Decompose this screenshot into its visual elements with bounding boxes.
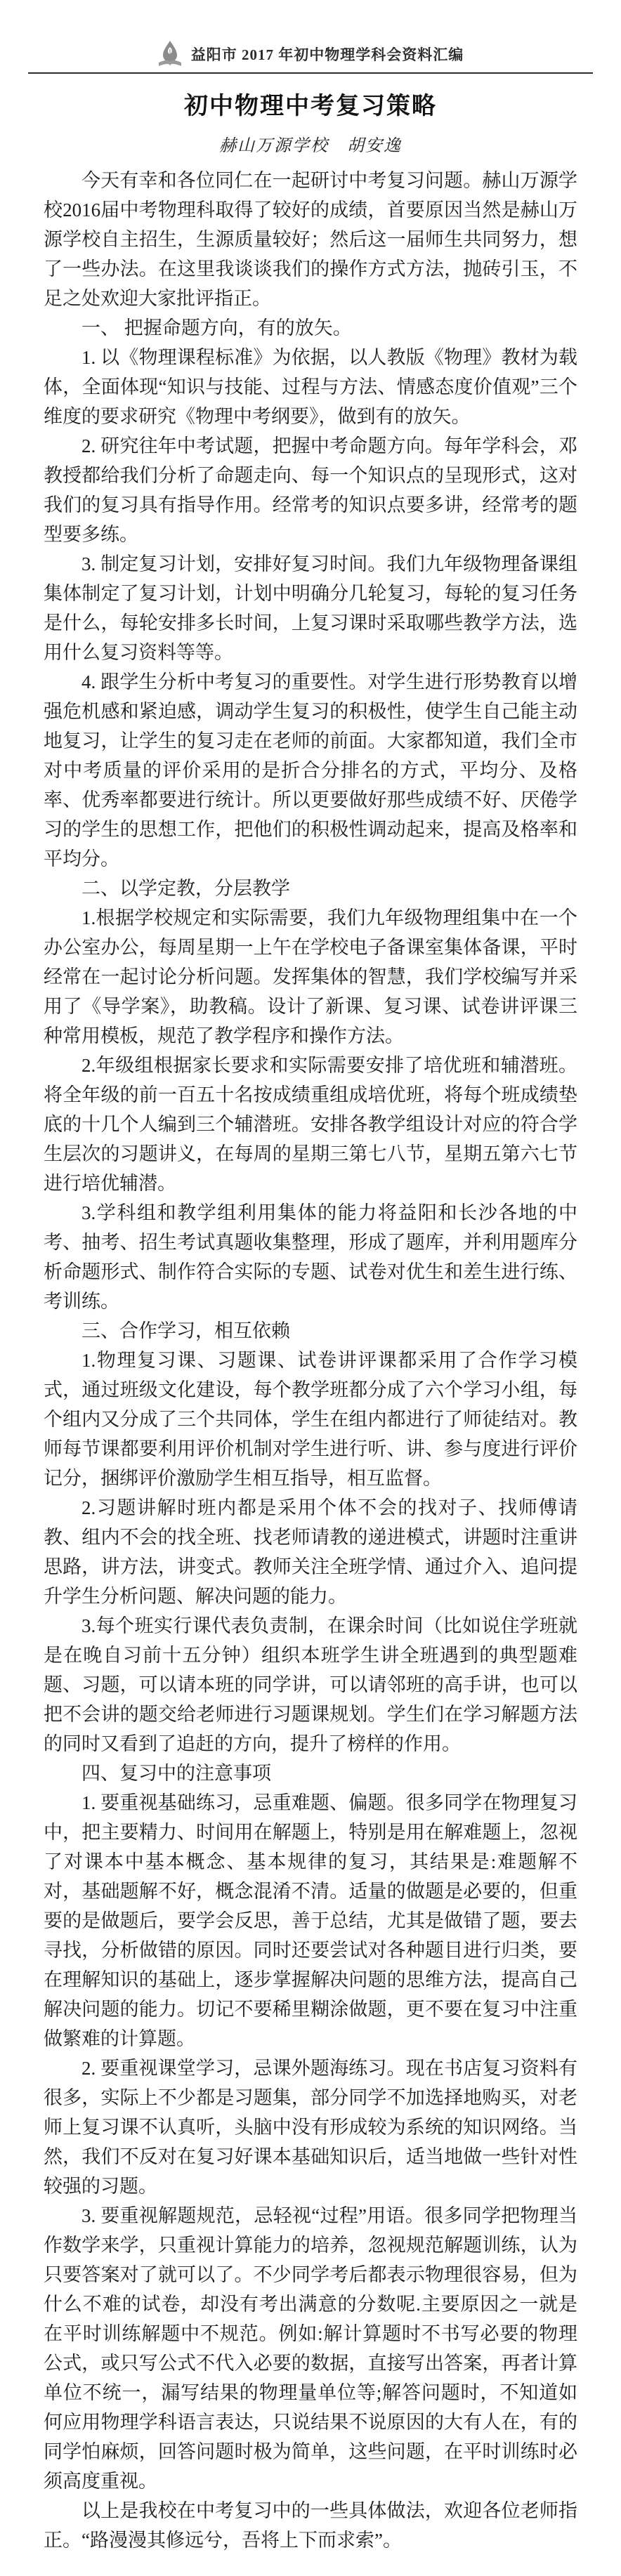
- paragraph: 1.根据学校规定和实际需要，我们九年级物理组集中在一个办公室办公，每周星期一上午…: [44, 903, 577, 1051]
- header-row: 益阳市 2017 年初中物理学科会资料汇编: [0, 39, 621, 69]
- header-divider: [28, 72, 593, 74]
- paragraph: 今天有幸和各位同仁在一起研讨中考复习问题。赫山万源学校2016届中考物理科取得了…: [44, 166, 577, 313]
- paragraph: 2. 研究往年中考试题，把握中考命题方向。每年学科会，邓教授都给我们分析了命题走…: [44, 431, 577, 549]
- document-title: 初中物理中考复习策略: [0, 91, 621, 123]
- paragraph: 二、以学定教，分层教学: [44, 874, 577, 903]
- paragraph: 4. 跟学生分析中考复习的重要性。对学生进行形势教育以增强危机感和紧迫感，调动学…: [44, 667, 577, 874]
- paragraph: 3. 要重视解题规范，忌轻视“过程”用语。很多同学把物理当作数学来学，只重视计算…: [44, 2201, 577, 2496]
- paragraph: 三、合作学习，相互依赖: [44, 1316, 577, 1346]
- page-header: 益阳市 2017 年初中物理学科会资料汇编: [0, 0, 621, 74]
- paragraph: 1.物理复习课、习题课、试卷讲评课都采用了合作学习模式，通过班级文化建设，每个教…: [44, 1346, 577, 1493]
- paragraph: 2. 要重视课堂学习，忌课外题海练习。现在书店复习资料有很多，实际上不少都是习题…: [44, 2053, 577, 2201]
- paragraph: 一、 把握命题方向，有的放矢。: [44, 313, 577, 343]
- paragraph: 1. 以《物理课程标准》为依据，以人教版《物理》教材为载体，全面体现“知识与技能…: [44, 343, 577, 431]
- paragraph: 3. 制定复习计划，安排好复习时间。我们九年级物理备课组集体制定了复习计划，计划…: [44, 549, 577, 667]
- paragraph: 2.年级组根据家长要求和实际需要安排了培优班和辅潜班。将全年级的前一百五十名按成…: [44, 1051, 577, 1198]
- paragraph: 2.习题讲解时班内都是采用个体不会的找对子、找师傅请教、组内不会的找全班、找老师…: [44, 1493, 577, 1611]
- header-text: 益阳市 2017 年初中物理学科会资料汇编: [191, 44, 464, 65]
- paragraph: 3.每个班实行课代表负责制，在课余时间（比如说住学班就是在晚自习前十五分钟）组织…: [44, 1611, 577, 1759]
- document-byline: 赫山万源学校 胡安逸: [0, 131, 621, 156]
- paragraph: 以上是我校在中考复习中的一些具体做法，欢迎各位老师指正。“路漫漫其修远兮，吾将上…: [44, 2496, 577, 2555]
- book-sprout-logo-icon: [157, 40, 183, 68]
- paragraph: 1. 要重视基础练习，忌重难题、偏题。很多同学在物理复习中，把主要精力、时间用在…: [44, 1788, 577, 2053]
- document-page: 益阳市 2017 年初中物理学科会资料汇编 初中物理中考复习策略 赫山万源学校 …: [0, 0, 621, 2576]
- document-body: 今天有幸和各位同仁在一起研讨中考复习问题。赫山万源学校2016届中考物理科取得了…: [44, 166, 577, 2555]
- paragraph: 四、复习中的注意事项: [44, 1759, 577, 1788]
- paragraph: 3.学科组和教学组利用集体的能力将益阳和长沙各地的中考、抽考、招生考试真题收集整…: [44, 1198, 577, 1316]
